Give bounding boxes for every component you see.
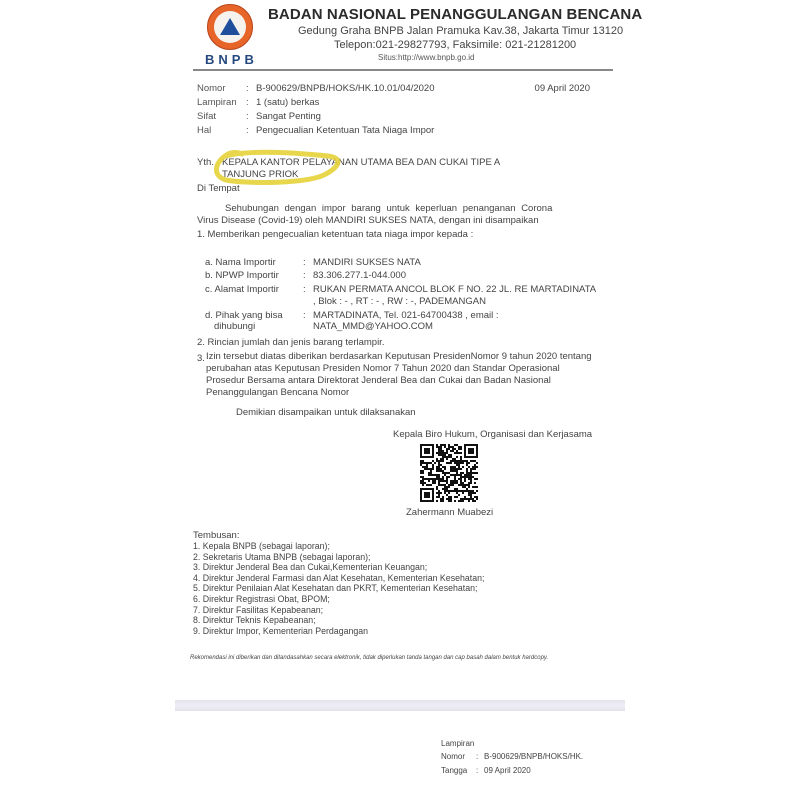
attachment-tanggal-label: Tangga [441,766,467,775]
meta-colon: : [246,97,249,108]
meta-label-hal: Hal [197,125,211,136]
meta-value-lampiran: 1 (satu) berkas [256,97,319,108]
point-3-line1: Izin tersebut diatas diberikan berdasark… [206,351,592,362]
signatory-title: Kepala Biro Hukum, Organisasi dan Kerjas… [393,429,592,440]
agency-address: Gedung Graha BNPB Jalan Pramuka Kav.38, … [298,25,623,37]
importer-value-email: NATA_MMD@YAHOO.COM [313,321,433,332]
importer-value-contact: MARTADINATA, Tel. 021-64700438 , email : [313,310,499,321]
logo-text: BNPB [205,52,258,67]
cc-item: 6. Direktur Registrasi Obat, BPOM; [193,594,330,604]
agency-name: BADAN NASIONAL PENANGGULANGAN BENCANA [268,6,642,23]
attachment-colon: : [476,752,478,761]
point-3-line3: Prosedur Bersama antara Direktorat Jende… [206,375,551,386]
point-2: 2. Rincian jumlah dan jenis barang terla… [197,337,384,348]
point-3-line2: perubahan atas Keputusan Presiden Nomor … [206,363,560,374]
qr-code-icon [420,444,478,502]
point-3-number: 3. [197,353,205,364]
meta-value-sifat: Sangat Penting [256,111,321,122]
cc-item: 9. Direktur Impor, Kementerian Perdagang… [193,626,368,636]
cc-item: 2. Sekretaris Utama BNPB (sebagai lapora… [193,552,370,562]
attachment-nomor-value: B-900629/BNPB/HOKS/HK. [484,752,583,761]
importer-value-address-2: , Blok : - , RT : - , RW : -, PADEMANGAN [313,296,486,307]
meta-label-sifat: Sifat [197,111,216,122]
meta-value-nomor: B-900629/BNPB/HOKS/HK.10.01/04/2020 [256,83,435,94]
importer-colon: : [303,270,306,281]
attachment-tanggal-value: 09 April 2020 [484,766,531,775]
agency-phone-fax: Telepon:021-29827793, Faksimile: 021-212… [334,39,576,51]
agency-website: Situs:http://www.bnpb.go.id [378,53,475,62]
recipient-line1: KEPALA KANTOR PELAYANAN UTAMA BEA DAN CU… [222,157,500,168]
header-divider [193,69,613,71]
importer-value-name: MANDIRI SUKSES NATA [313,257,421,268]
cc-item: 5. Direktur Penilaian Alat Kesehatan dan… [193,583,477,593]
recipient-line2: TANJUNG PRIOK [222,169,298,180]
attachment-nomor-label: Nomor [441,752,465,761]
importer-colon: : [303,310,306,321]
electronic-signature-note: Rekomendasi ini diberikan dan ditandasah… [190,655,548,661]
importer-label-name: a. Nama Importir [205,257,276,268]
cc-item: 4. Direktur Jenderal Farmasi dan Alat Ke… [193,573,484,583]
signatory-name: Zahermann Muabezi [406,507,493,518]
letter-document: BNPB BADAN NASIONAL PENANGGULANGAN BENCA… [0,0,800,800]
attachment-colon: : [476,766,478,775]
importer-colon: : [303,284,306,295]
point-1: 1. Memberikan pengecualian ketentuan tat… [197,229,473,240]
logo-emblem-icon [207,4,253,50]
meta-label-nomor: Nomor [197,83,226,94]
bnpb-logo: BNPB [203,4,257,70]
meta-label-lampiran: Lampiran [197,97,237,108]
triangle-icon [220,18,240,35]
cc-item: 3. Direktur Jenderal Bea dan Cukai,Kemen… [193,562,427,572]
importer-label-npwp: b. NPWP Importir [205,270,279,281]
importer-label-address: c. Alamat Importir [205,284,279,295]
cc-heading: Tembusan: [193,530,239,541]
importer-value-address: RUKAN PERMATA ANCOL BLOK F NO. 22 JL. RE… [313,284,596,295]
cc-item: 1. Kepala BNPB (sebagai laporan); [193,541,330,551]
letter-date: 09 April 2020 [535,83,590,94]
highlight-annotation [208,148,348,188]
page-break-divider [175,700,625,711]
recipient-line3: Di Tempat [197,183,240,194]
attachment-heading: Lampiran [441,739,474,748]
cc-item: 7. Direktur Fasilitas Kepabeanan; [193,605,323,615]
meta-colon: : [246,125,249,136]
meta-colon: : [246,83,249,94]
importer-colon: : [303,257,306,268]
meta-value-hal: Pengecualian Ketentuan Tata Niaga Impor [256,125,434,136]
point-3-line4: Penanggulangan Bencana Nomor [206,387,349,398]
intro-line1: Sehubungan dengan impor barang untuk kep… [225,203,552,214]
importer-label-contact-2: dihubungi [214,321,255,332]
importer-value-npwp: 83.306.277.1-044.000 [313,270,406,281]
importer-label-contact: d. Pihak yang bisa [205,310,283,321]
closing-sentence: Demikian disampaikan untuk dilaksanakan [236,407,416,418]
cc-item: 8. Direktur Teknis Kepabeanan; [193,615,316,625]
intro-line2: Virus Disease (Covid-19) oleh MANDIRI SU… [197,215,539,226]
meta-colon: : [246,111,249,122]
recipient-prefix: Yth. [197,157,214,168]
